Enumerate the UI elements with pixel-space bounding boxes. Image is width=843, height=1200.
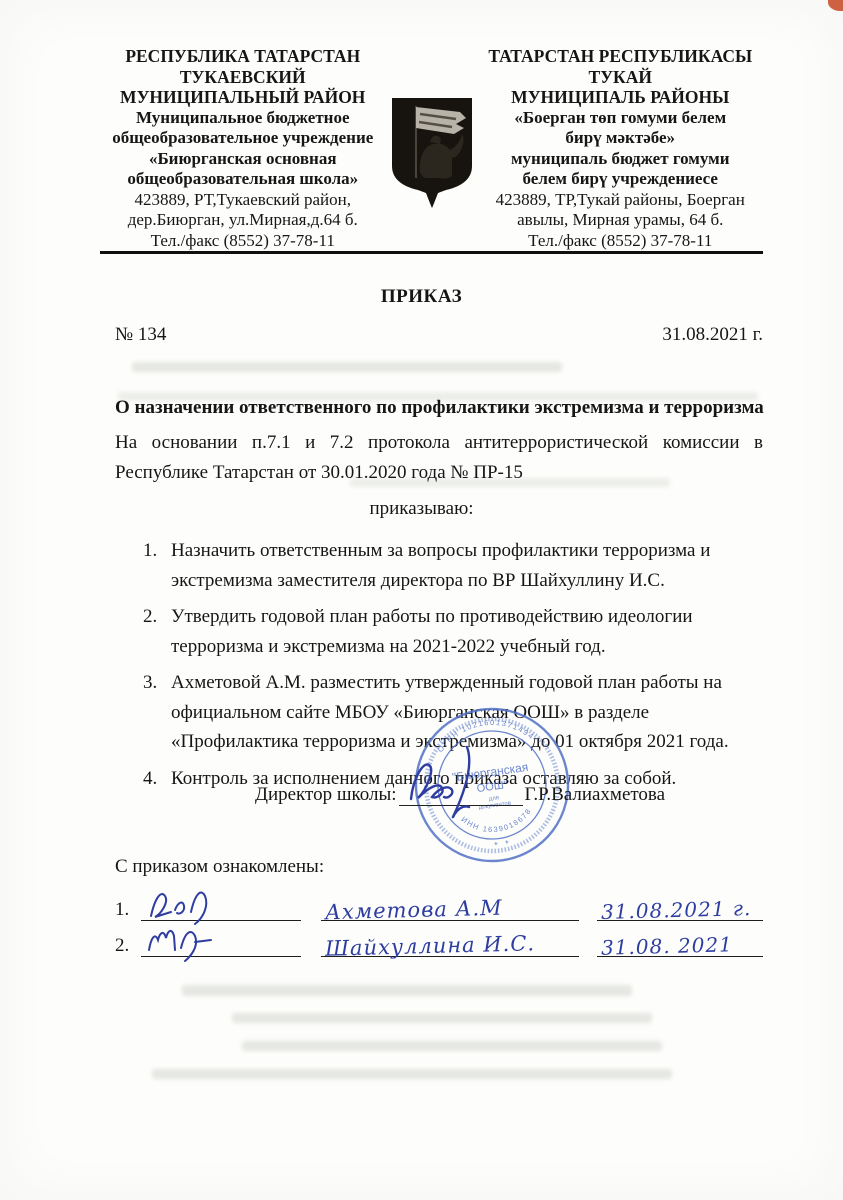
letterhead-tatar: ТАТАРСТАН РЕСПУБЛИКАСЫ ТУКАЙ МУНИЦИПАЛЬ … xyxy=(478,46,764,251)
letterhead-line: Муниципальное бюджетное xyxy=(100,108,386,129)
acknowledgment-label: С приказом ознакомлены: xyxy=(115,856,324,878)
letterhead-line: 423889, РТ,Тукаевский район, xyxy=(100,190,386,211)
order-subject: О назначении ответственного по профилакт… xyxy=(115,397,765,419)
letterhead-line: «Боерган төп гомуми белем xyxy=(478,108,764,129)
row-number: 2. xyxy=(115,935,141,957)
date-cell: 31.08.2021 г. xyxy=(597,889,763,921)
scanned-document-page: РЕСПУБЛИКА ТАТАРСТАН ТУКАЕВСКИЙ МУНИЦИПА… xyxy=(0,0,843,1200)
bleed-through-ghost-text xyxy=(132,362,562,372)
letterhead-divider xyxy=(100,251,763,254)
handwritten-date: 31.08.2021 г. xyxy=(601,896,752,924)
bleed-through-ghost-text xyxy=(152,1069,672,1079)
item-number: 4. xyxy=(143,764,171,794)
letterhead-line: муниципаль бюджет гомуми xyxy=(478,149,764,170)
letterhead-line: белем бирү учреждениесе xyxy=(478,169,764,190)
item-text: Утвердить годовой план работы по противо… xyxy=(171,602,761,661)
letterhead-line: бирү мәктәбе» xyxy=(478,128,764,149)
letterhead-line: РЕСПУБЛИКА ТАТАРСТАН xyxy=(100,46,386,67)
scan-corner-artifact xyxy=(828,0,843,11)
item-number: 2. xyxy=(143,602,171,661)
bleed-through-ghost-text xyxy=(232,1013,652,1023)
signature-cell xyxy=(141,889,301,921)
bleed-through-ghost-text xyxy=(242,1041,662,1051)
order-number: № 134 xyxy=(115,324,166,346)
letterhead-line: дер.Биюрган, ул.Мирная,д.64 б. xyxy=(100,210,386,231)
handwritten-signature xyxy=(145,920,235,962)
director-signature-row: Директор школы: Г.Р.Валиахметова xyxy=(255,780,665,806)
letterhead: РЕСПУБЛИКА ТАТАРСТАН ТУКАЕВСКИЙ МУНИЦИПА… xyxy=(100,46,763,251)
letterhead-line: «Биюрганская основная xyxy=(100,149,386,170)
letterhead-line: 423889, ТР,Тукай районы, Боерган xyxy=(478,190,764,211)
letterhead-line: общеобразовательное учреждение xyxy=(100,128,386,149)
order-item: 1. Назначить ответственным за вопросы пр… xyxy=(143,536,761,595)
letterhead-line: Тел./факс (8552) 37-78-11 xyxy=(100,231,386,252)
acknowledgment-row: 2. Шайхуллина И.С. 31.08. 2021 xyxy=(115,924,763,957)
coat-of-arms-emblem xyxy=(386,46,478,251)
name-cell: Шайхуллина И.С. xyxy=(321,925,579,957)
letterhead-line: ТУКАЕВСКИЙ xyxy=(100,67,386,88)
item-number: 3. xyxy=(143,668,171,757)
handwritten-date: 31.08. 2021 xyxy=(601,932,733,959)
director-label: Директор школы: xyxy=(255,784,397,806)
letterhead-line: МУНИЦИПАЛЬНЫЙ РАЙОН xyxy=(100,87,386,108)
stamp-star: * xyxy=(505,838,510,848)
directive-word: приказываю: xyxy=(0,498,843,520)
item-text: Назначить ответственным за вопросы профи… xyxy=(171,536,761,595)
bleed-through-ghost-text xyxy=(182,985,632,996)
signature-line xyxy=(399,781,523,806)
handwritten-name: Ахметова А.М xyxy=(325,896,503,925)
order-date: 31.08.2021 г. xyxy=(662,324,763,346)
name-cell: Ахметова А.М xyxy=(321,889,579,921)
signature-cell xyxy=(141,925,301,957)
acknowledgment-row: 1. Ахметова А.М 31.08.2021 г. xyxy=(115,888,763,921)
stamp-star: * xyxy=(494,840,499,850)
letterhead-russian: РЕСПУБЛИКА ТАТАРСТАН ТУКАЕВСКИЙ МУНИЦИПА… xyxy=(100,46,386,251)
director-signature xyxy=(401,743,511,821)
letterhead-line: Тел./факс (8552) 37-78-11 xyxy=(478,231,764,252)
letterhead-line: авылы, Мирная урамы, 64 б. xyxy=(478,210,764,231)
letterhead-line: ТУКАЙ xyxy=(478,67,764,88)
letterhead-line: общеобразовательная школа» xyxy=(100,169,386,190)
shield-icon xyxy=(386,94,478,210)
document-title: ПРИКАЗ xyxy=(0,286,843,308)
order-basis-paragraph: На основании п.7.1 и 7.2 протокола антит… xyxy=(115,428,763,488)
date-cell: 31.08. 2021 xyxy=(597,925,763,957)
letterhead-line: ТАТАРСТАН РЕСПУБЛИКАСЫ xyxy=(478,46,764,67)
row-number: 1. xyxy=(115,899,141,921)
handwritten-name: Шайхуллина И.С. xyxy=(325,931,536,960)
item-number: 1. xyxy=(143,536,171,595)
order-item: 2. Утвердить годовой план работы по прот… xyxy=(143,602,761,661)
number-date-row: № 134 31.08.2021 г. xyxy=(115,324,763,346)
director-name: Г.Р.Валиахметова xyxy=(525,784,666,806)
letterhead-line: МУНИЦИПАЛЬ РАЙОНЫ xyxy=(478,87,764,108)
